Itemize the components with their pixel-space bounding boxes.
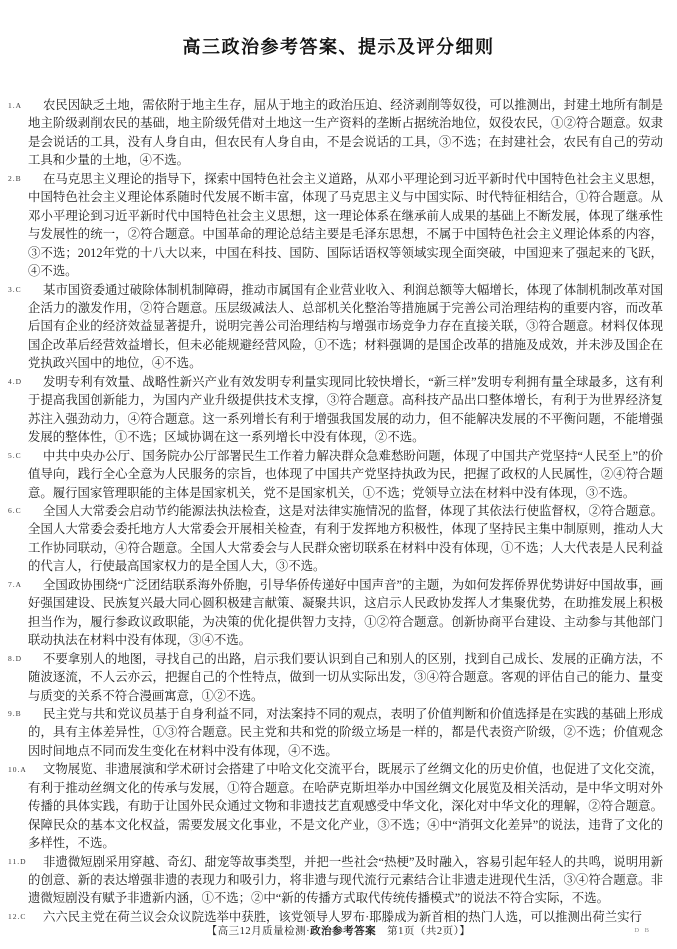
item-explanation: 全国人大常委会启动节约能源法执法检查，这是对法律实施情况的监督，体现了其依法行使…	[28, 502, 663, 576]
item-explanation: 发明专利有效量、战略性新兴产业有效发明专利量实现同比较快增长，“新三样”发明专利…	[28, 373, 663, 447]
item-number-answer: 8.D	[8, 654, 48, 663]
item-explanation: 某市国资委通过破除体制机制障碍，推动市属国有企业营业收入、利润总额等大幅增长，体…	[28, 281, 663, 373]
answer-item-4: 4.D 发明专利有效量、战略性新兴产业有效发明专利量实现同比较快增长，“新三样”…	[28, 373, 663, 447]
answer-item-11: 11.D 非遗微短剧采用穿越、奇幻、甜宠等故事类型，并把一些社会“热梗”及时融入…	[28, 853, 663, 908]
page-title: 高三政治参考答案、提示及评分细则	[0, 0, 677, 59]
item-explanation: 中共中央办公厅、国务院办公厅部署民生工作着力解决群众急难愁盼问题，体现了中国共产…	[28, 447, 663, 502]
answer-item-9: 9.B 民主党与共和党议员基于自身利益不同，对法案持不同的观点，表明了价值判断和…	[28, 705, 663, 760]
footer-page-number: 第1页（共2页）】	[376, 926, 470, 937]
item-explanation: 非遗微短剧采用穿越、奇幻、甜宠等故事类型，并把一些社会“热梗”及时融入，容易引起…	[28, 853, 663, 908]
item-number-answer: 10.A	[8, 765, 48, 774]
item-number-answer: 7.A	[8, 580, 48, 589]
item-number-answer: 6.C	[8, 506, 48, 515]
item-number-answer: 4.D	[8, 377, 48, 386]
page-footer: 【高三12月质量检测·政治参考答案 第1页（共2页）】	[0, 923, 677, 938]
item-number-answer: 1.A	[8, 101, 48, 110]
item-number-answer: 5.C	[8, 451, 48, 460]
answer-item-3: 3.C 某市国资委通过破除体制机制障碍，推动市属国有企业营业收入、利润总额等大幅…	[28, 281, 663, 373]
answer-item-6: 6.C 全国人大常委会启动节约能源法执法检查，这是对法律实施情况的监督，体现了其…	[28, 502, 663, 576]
item-number-answer: 9.B	[8, 709, 48, 718]
item-explanation: 不要拿别人的地图，寻找自己的出路，启示我们要认识到自己和别人的区别，找到自己成长…	[28, 650, 663, 705]
item-number-answer: 12.C	[8, 912, 48, 921]
answer-item-8: 8.D 不要拿别人的地图，寻找自己的出路，启示我们要认识到自己和别人的区别，找到…	[28, 650, 663, 705]
answer-item-7: 7.A 全国政协围绕“广泛团结联系海外侨胞，引导华侨传递好中国声音”的主题，为如…	[28, 576, 663, 650]
footer-exam-name: 【高三12月质量检测·	[207, 926, 311, 937]
answer-item-2: 2.B 在马克思主义理论的指导下，探索中国特色社会主义道路，从邓小平理论到习近平…	[28, 170, 663, 281]
item-explanation: 在马克思主义理论的指导下，探索中国特色社会主义道路，从邓小平理论到习近平新时代中…	[28, 170, 663, 281]
item-explanation: 民主党与共和党议员基于自身利益不同，对法案持不同的观点，表明了价值判断和价值选择…	[28, 705, 663, 760]
item-explanation: 全国政协围绕“广泛团结联系海外侨胞，引导华侨传递好中国声音”的主题，为如何发挥侨…	[28, 576, 663, 650]
answer-sheet-page: 高三政治参考答案、提示及评分细则 1.A 农民因缺乏土地，需依附于地主生存，屈从…	[0, 0, 677, 949]
item-number-answer: 11.D	[8, 857, 48, 866]
corner-code: D B	[634, 927, 651, 934]
item-number-answer: 2.B	[8, 174, 48, 183]
answers-list: 1.A 农民因缺乏土地，需依附于地主生存，屈从于地主的政治压迫、经济剥削等奴役，…	[28, 96, 663, 926]
answer-item-1: 1.A 农民因缺乏土地，需依附于地主生存，屈从于地主的政治压迫、经济剥削等奴役，…	[28, 96, 663, 170]
answer-item-5: 5.C 中共中央办公厅、国务院办公厅部署民生工作着力解决群众急难愁盼问题，体现了…	[28, 447, 663, 502]
answer-item-10: 10.A 文物展览、非遗展演和学术研讨会搭建了中哈文化交流平台，既展示了丝绸文化…	[28, 760, 663, 852]
item-explanation: 文物展览、非遗展演和学术研讨会搭建了中哈文化交流平台，既展示了丝绸文化的历史价值…	[28, 760, 663, 852]
item-number-answer: 3.C	[8, 285, 48, 294]
item-explanation: 农民因缺乏土地，需依附于地主生存，屈从于地主的政治压迫、经济剥削等奴役，可以推测…	[28, 96, 663, 170]
footer-subject: 政治参考答案	[310, 926, 376, 937]
